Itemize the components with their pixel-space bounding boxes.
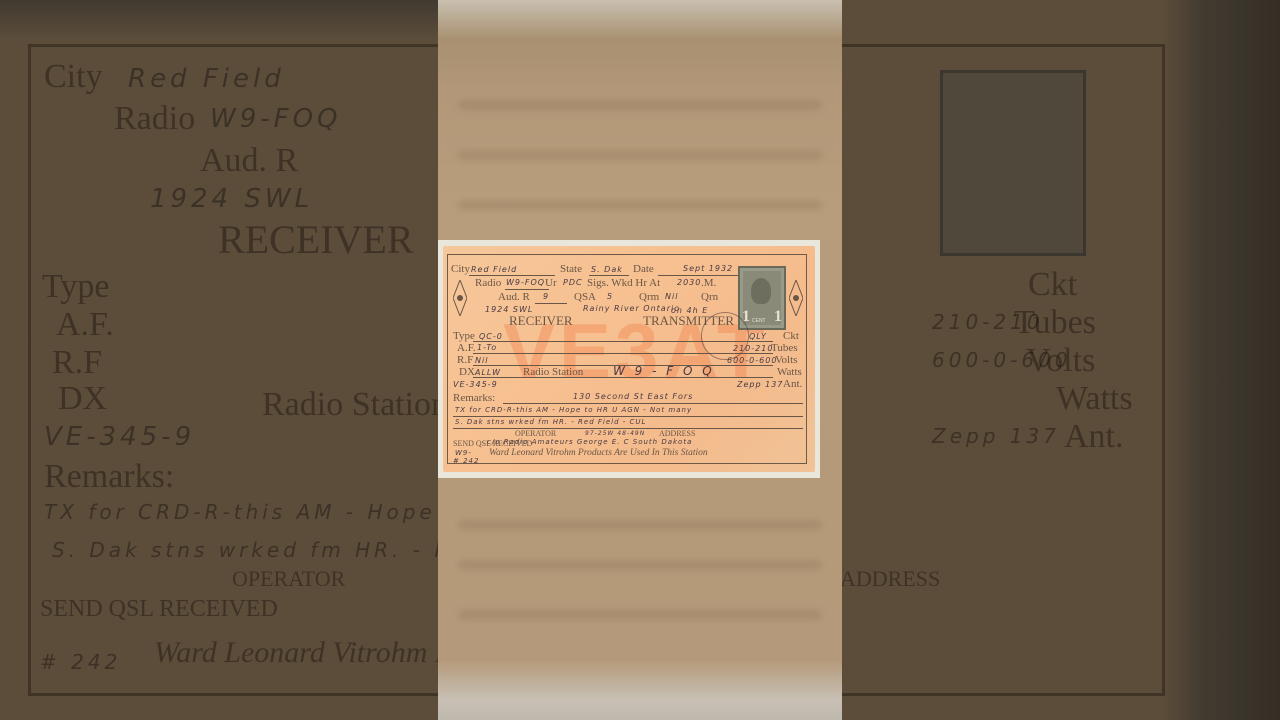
hw-dx-number: VE-345-9	[453, 380, 498, 389]
label-type: Type	[453, 330, 475, 342]
hw-qsa: 5	[607, 292, 613, 301]
hw-operator-line: 97-25W 48-49N	[585, 430, 645, 437]
hw-serial: # 242	[453, 457, 479, 465]
postmark-circle	[701, 312, 749, 360]
stamp-denomination: CENT	[752, 318, 766, 324]
hw-remarks-3: S. Dak stns wrked fm HR. - Red Field - C…	[455, 418, 646, 426]
background-left-panel: City Red Field Radio W9-FOQ Aud. R 1924 …	[0, 0, 438, 720]
hw-qrm: Nil	[665, 292, 678, 301]
label-tubes: Tubes	[771, 342, 798, 354]
qsl-card: VE3AT City Red Field State S. Dak Date S…	[443, 246, 815, 472]
label-receiver: RECEIVER	[509, 313, 573, 329]
hw-ur: PDC	[563, 278, 583, 287]
hw-radio: W9-FOQ	[506, 278, 545, 287]
label-footer: Ward Leonard Vitrohm Products Are Used I…	[489, 448, 708, 458]
label-ckt: Ckt	[783, 330, 799, 342]
label-aud-r: Aud. R	[498, 291, 530, 303]
hw-date: Sept 1932	[683, 264, 733, 273]
label-ur: Ur	[545, 277, 557, 289]
hw-remarks-2: TX for CRD-R-this AM - Hope to HR U AGN …	[455, 406, 692, 414]
king-portrait	[751, 278, 771, 304]
postage-stamp: 1 1 CENT	[738, 266, 786, 330]
background-right-panel: Ckt Tubes 210-210 Volts 600-0-600 Watts …	[842, 0, 1280, 720]
hw-radio-station: W 9 - F O Q	[613, 364, 715, 378]
label-date: Date	[633, 263, 654, 275]
arrl-diamond-left-icon	[453, 280, 467, 316]
label-address: ADDRESS	[659, 429, 695, 438]
hw-rf: Nil	[475, 356, 488, 365]
label-radio-station: Radio Station	[523, 366, 583, 378]
hw-aud-r: 9	[543, 292, 549, 301]
label-state: State	[560, 263, 582, 275]
stamp-value-right: 1	[774, 308, 782, 326]
hw-type: QC-0	[479, 332, 503, 341]
label-remarks: Remarks:	[453, 392, 495, 404]
label-watts: Watts	[777, 366, 802, 378]
label-qrm: Qrm	[639, 291, 659, 303]
hw-note-2: Rainy River Ontario	[583, 304, 680, 313]
label-qsa: QSA	[574, 291, 596, 303]
hw-dx: ALLW	[475, 368, 501, 377]
hw-ant: Zepp 137	[737, 380, 783, 389]
label-sigs: Sigs. Wkd Hr At	[587, 277, 660, 289]
label-ant: Ant.	[783, 378, 802, 390]
hw-af: 1-To	[477, 343, 497, 352]
hw-ckt: QLY	[749, 332, 767, 341]
arrl-diamond-right-icon	[789, 280, 803, 316]
label-radio: Radio	[475, 277, 501, 289]
label-operator: OPERATOR	[515, 429, 556, 438]
label-volts: Volts	[775, 354, 797, 366]
label-qrn: Qrn	[701, 291, 718, 303]
hw-state: S. Dak	[591, 265, 623, 274]
hw-send: W9-	[455, 449, 472, 457]
hw-city: Red Field	[471, 265, 517, 274]
label-rf: R.F	[457, 354, 473, 366]
hw-address: c/o Radio Amateurs George E. C South Dak…	[487, 438, 692, 446]
qsl-card-photo: VE3AT City Red Field State S. Dak Date S…	[438, 240, 820, 478]
label-city: City	[451, 263, 470, 275]
hw-remarks-1: 130 Second St East Fors	[573, 392, 693, 401]
hw-hr-at: 2030	[677, 278, 701, 287]
label-m: .M.	[701, 277, 716, 289]
